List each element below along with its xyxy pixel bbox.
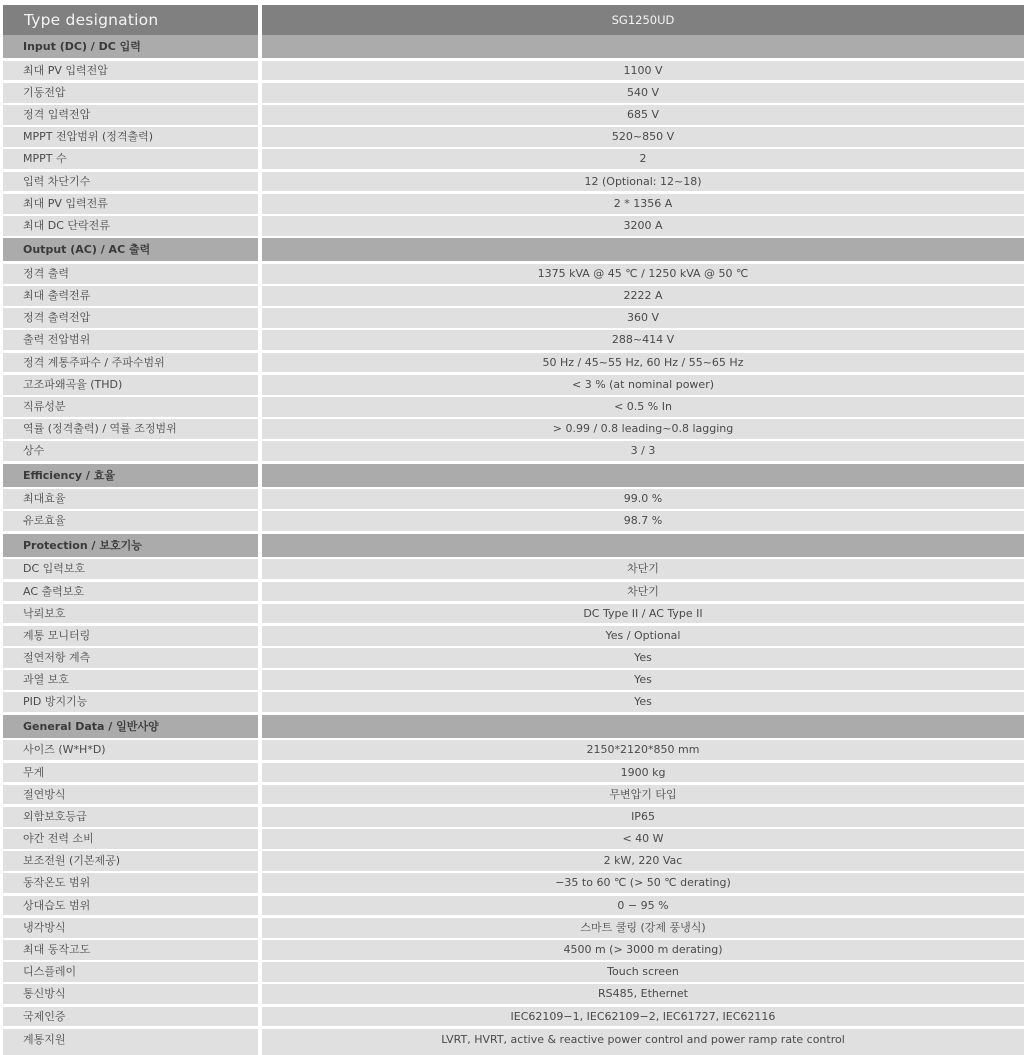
table-row: DC 입력보호차단기 bbox=[3, 559, 1024, 579]
spec-value: 2 kW, 220 Vac bbox=[262, 851, 1024, 871]
table-row: 직류성분< 0.5 % In bbox=[3, 397, 1024, 417]
table-row: MPPT 수2 bbox=[3, 149, 1024, 169]
table-row: 사이즈 (W*H*D)2150*2120*850 mm bbox=[3, 740, 1024, 760]
section-row-efficiency: Efficiency / 효율 bbox=[3, 464, 1024, 487]
spec-value: RS485, Ethernet bbox=[262, 984, 1024, 1004]
spec-value: Yes bbox=[262, 692, 1024, 712]
spec-label: 동작온도 범위 bbox=[3, 873, 258, 893]
table-row: 국제인증IEC62109−1, IEC62109−2, IEC61727, IE… bbox=[3, 1007, 1024, 1027]
spec-value: 2150*2120*850 mm bbox=[262, 740, 1024, 760]
spec-value: Yes bbox=[262, 670, 1024, 690]
type-designation-label: Type designation bbox=[3, 5, 258, 35]
table-row: 유로효율98.7 % bbox=[3, 511, 1024, 531]
spec-label: 외함보호등급 bbox=[3, 807, 258, 827]
spec-label: 통신방식 bbox=[3, 984, 258, 1004]
spec-label: 최대 PV 입력전류 bbox=[3, 194, 258, 214]
spec-value: 차단기 bbox=[262, 582, 1024, 602]
spec-value: 1375 kVA @ 45 ℃ / 1250 kVA @ 50 ℃ bbox=[262, 264, 1024, 284]
spec-body: Input (DC) / DC 입력최대 PV 입력전압1100 V기동전압54… bbox=[3, 35, 1024, 1055]
spec-label: 사이즈 (W*H*D) bbox=[3, 740, 258, 760]
table-row: 정격 계통주파수 / 주파수범위50 Hz / 45~55 Hz, 60 Hz … bbox=[3, 353, 1024, 373]
spec-label: 국제인증 bbox=[3, 1007, 258, 1027]
table-row: 야간 전력 소비< 40 W bbox=[3, 829, 1024, 849]
table-row: 정격 입력전압685 V bbox=[3, 105, 1024, 125]
spec-value: IEC62109−1, IEC62109−2, IEC61727, IEC621… bbox=[262, 1007, 1024, 1027]
spec-value: 288~414 V bbox=[262, 330, 1024, 350]
table-row: MPPT 전압범위 (정격출력)520~850 V bbox=[3, 127, 1024, 147]
spec-label: 최대 PV 입력전압 bbox=[3, 61, 258, 81]
table-row: 최대 출력전류2222 A bbox=[3, 286, 1024, 306]
spec-label: 직류성분 bbox=[3, 397, 258, 417]
spec-value: 520~850 V bbox=[262, 127, 1024, 147]
spec-value: < 3 % (at nominal power) bbox=[262, 375, 1024, 395]
spec-label: MPPT 수 bbox=[3, 149, 258, 169]
spec-value: 540 V bbox=[262, 83, 1024, 103]
table-row: 낙뢰보호DC Type II / AC Type II bbox=[3, 604, 1024, 624]
table-row: PID 방지기능Yes bbox=[3, 692, 1024, 712]
spec-value: 98.7 % bbox=[262, 511, 1024, 531]
spec-label: 최대 DC 단락전류 bbox=[3, 216, 258, 236]
spec-label: PID 방지기능 bbox=[3, 692, 258, 712]
spec-label: 낙뢰보호 bbox=[3, 604, 258, 624]
table-row: 외함보호등급IP65 bbox=[3, 807, 1024, 827]
section-row-protection: Protection / 보호기능 bbox=[3, 534, 1024, 557]
section-title: Protection / 보호기능 bbox=[3, 534, 258, 557]
spec-value: 12 (Optional: 12~18) bbox=[262, 172, 1024, 192]
table-row: 정격 출력1375 kVA @ 45 ℃ / 1250 kVA @ 50 ℃ bbox=[3, 264, 1024, 284]
spec-label: 계통 모니터링 bbox=[3, 626, 258, 646]
section-title: General Data / 일반사양 bbox=[3, 715, 258, 738]
spec-label: MPPT 전압범위 (정격출력) bbox=[3, 127, 258, 147]
spec-label: 계통지원 bbox=[3, 1029, 258, 1055]
section-row-output-ac: Output (AC) / AC 출력 bbox=[3, 238, 1024, 261]
table-row: 입력 차단기수12 (Optional: 12~18) bbox=[3, 172, 1024, 192]
section-title: Output (AC) / AC 출력 bbox=[3, 238, 258, 261]
spec-value: 2 * 1356 A bbox=[262, 194, 1024, 214]
spec-value: Yes bbox=[262, 648, 1024, 668]
spec-value: 2 bbox=[262, 149, 1024, 169]
spec-label: 상대습도 범위 bbox=[3, 896, 258, 916]
spec-label: AC 출력보호 bbox=[3, 582, 258, 602]
spec-value: Touch screen bbox=[262, 962, 1024, 982]
spec-label: 정격 출력 bbox=[3, 264, 258, 284]
spec-label: 최대효율 bbox=[3, 489, 258, 509]
spec-table: Type designation SG1250UD Input (DC) / D… bbox=[3, 5, 1024, 1055]
table-row: 최대 PV 입력전류2 * 1356 A bbox=[3, 194, 1024, 214]
spec-label: 과열 보호 bbox=[3, 670, 258, 690]
table-row: 보조전원 (기본제공)2 kW, 220 Vac bbox=[3, 851, 1024, 871]
table-row: 상대습도 범위0 − 95 % bbox=[3, 896, 1024, 916]
table-row: AC 출력보호차단기 bbox=[3, 582, 1024, 602]
spec-value: 스마트 쿨링 (강제 풍냉식) bbox=[262, 918, 1024, 938]
spec-label: 정격 출력전압 bbox=[3, 308, 258, 328]
spec-label: 고조파왜곡율 (THD) bbox=[3, 375, 258, 395]
spec-label: 역률 (정격출력) / 역률 조정범위 bbox=[3, 419, 258, 439]
table-row: 최대효율99.0 % bbox=[3, 489, 1024, 509]
spec-value: 1900 kg bbox=[262, 763, 1024, 783]
spec-value: > 0.99 / 0.8 leading~0.8 lagging bbox=[262, 419, 1024, 439]
section-row-general-data: General Data / 일반사양 bbox=[3, 715, 1024, 738]
spec-label: 야간 전력 소비 bbox=[3, 829, 258, 849]
spec-label: DC 입력보호 bbox=[3, 559, 258, 579]
spec-label: 냉각방식 bbox=[3, 918, 258, 938]
table-row: 기동전압540 V bbox=[3, 83, 1024, 103]
spec-value: 360 V bbox=[262, 308, 1024, 328]
spec-label: 최대 출력전류 bbox=[3, 286, 258, 306]
spec-label: 보조전원 (기본제공) bbox=[3, 851, 258, 871]
section-value-empty bbox=[262, 238, 1024, 261]
spec-label: 상수 bbox=[3, 441, 258, 461]
spec-value: < 0.5 % In bbox=[262, 397, 1024, 417]
section-value-empty bbox=[262, 35, 1024, 58]
spec-value: 3 / 3 bbox=[262, 441, 1024, 461]
spec-value: 99.0 % bbox=[262, 489, 1024, 509]
section-title: Input (DC) / DC 입력 bbox=[3, 35, 258, 58]
table-row: 절연방식무변압기 타입 bbox=[3, 785, 1024, 805]
section-row-input-dc: Input (DC) / DC 입력 bbox=[3, 35, 1024, 58]
spec-value: 50 Hz / 45~55 Hz, 60 Hz / 55~65 Hz bbox=[262, 353, 1024, 373]
table-row: 정격 출력전압360 V bbox=[3, 308, 1024, 328]
table-row: 최대 동작고도4500 m (> 3000 m derating) bbox=[3, 940, 1024, 960]
section-value-empty bbox=[262, 534, 1024, 557]
table-row: 무게1900 kg bbox=[3, 763, 1024, 783]
spec-value: 차단기 bbox=[262, 559, 1024, 579]
table-row: 절연저항 계측Yes bbox=[3, 648, 1024, 668]
spec-value: 3200 A bbox=[262, 216, 1024, 236]
spec-value: IP65 bbox=[262, 807, 1024, 827]
table-header-row: Type designation SG1250UD bbox=[3, 5, 1024, 35]
spec-value: < 40 W bbox=[262, 829, 1024, 849]
spec-value: −35 to 60 ℃ (> 50 ℃ derating) bbox=[262, 873, 1024, 893]
spec-value: 1100 V bbox=[262, 61, 1024, 81]
spec-label: 기동전압 bbox=[3, 83, 258, 103]
table-row: 과열 보호Yes bbox=[3, 670, 1024, 690]
spec-value: 무변압기 타입 bbox=[262, 785, 1024, 805]
spec-value: 4500 m (> 3000 m derating) bbox=[262, 940, 1024, 960]
table-row: 최대 PV 입력전압1100 V bbox=[3, 61, 1024, 81]
model-name: SG1250UD bbox=[262, 5, 1024, 35]
spec-label: 디스플레이 bbox=[3, 962, 258, 982]
spec-label: 입력 차단기수 bbox=[3, 172, 258, 192]
spec-value: 2222 A bbox=[262, 286, 1024, 306]
spec-label: 절연방식 bbox=[3, 785, 258, 805]
spec-label: 무게 bbox=[3, 763, 258, 783]
table-row: 계통 모니터링Yes / Optional bbox=[3, 626, 1024, 646]
spec-label: 정격 계통주파수 / 주파수범위 bbox=[3, 353, 258, 373]
spec-label: 절연저항 계측 bbox=[3, 648, 258, 668]
table-row: 역률 (정격출력) / 역률 조정범위> 0.99 / 0.8 leading~… bbox=[3, 419, 1024, 439]
table-row: 통신방식RS485, Ethernet bbox=[3, 984, 1024, 1004]
spec-value: 685 V bbox=[262, 105, 1024, 125]
table-row: 출력 전압범위288~414 V bbox=[3, 330, 1024, 350]
spec-value: Yes / Optional bbox=[262, 626, 1024, 646]
spec-label: 유로효율 bbox=[3, 511, 258, 531]
section-value-empty bbox=[262, 715, 1024, 738]
table-row: 동작온도 범위−35 to 60 ℃ (> 50 ℃ derating) bbox=[3, 873, 1024, 893]
table-row: 최대 DC 단락전류3200 A bbox=[3, 216, 1024, 236]
table-row: 고조파왜곡율 (THD)< 3 % (at nominal power) bbox=[3, 375, 1024, 395]
section-value-empty bbox=[262, 464, 1024, 487]
table-row: 상수3 / 3 bbox=[3, 441, 1024, 461]
spec-label: 출력 전압범위 bbox=[3, 330, 258, 350]
spec-label: 정격 입력전압 bbox=[3, 105, 258, 125]
section-title: Efficiency / 효율 bbox=[3, 464, 258, 487]
spec-value: LVRT, HVRT, active & reactive power cont… bbox=[262, 1029, 1024, 1055]
spec-value: DC Type II / AC Type II bbox=[262, 604, 1024, 624]
table-row: 냉각방식스마트 쿨링 (강제 풍냉식) bbox=[3, 918, 1024, 938]
spec-value: 0 − 95 % bbox=[262, 896, 1024, 916]
table-row: 계통지원LVRT, HVRT, active & reactive power … bbox=[3, 1029, 1024, 1055]
spec-label: 최대 동작고도 bbox=[3, 940, 258, 960]
table-row: 디스플레이Touch screen bbox=[3, 962, 1024, 982]
